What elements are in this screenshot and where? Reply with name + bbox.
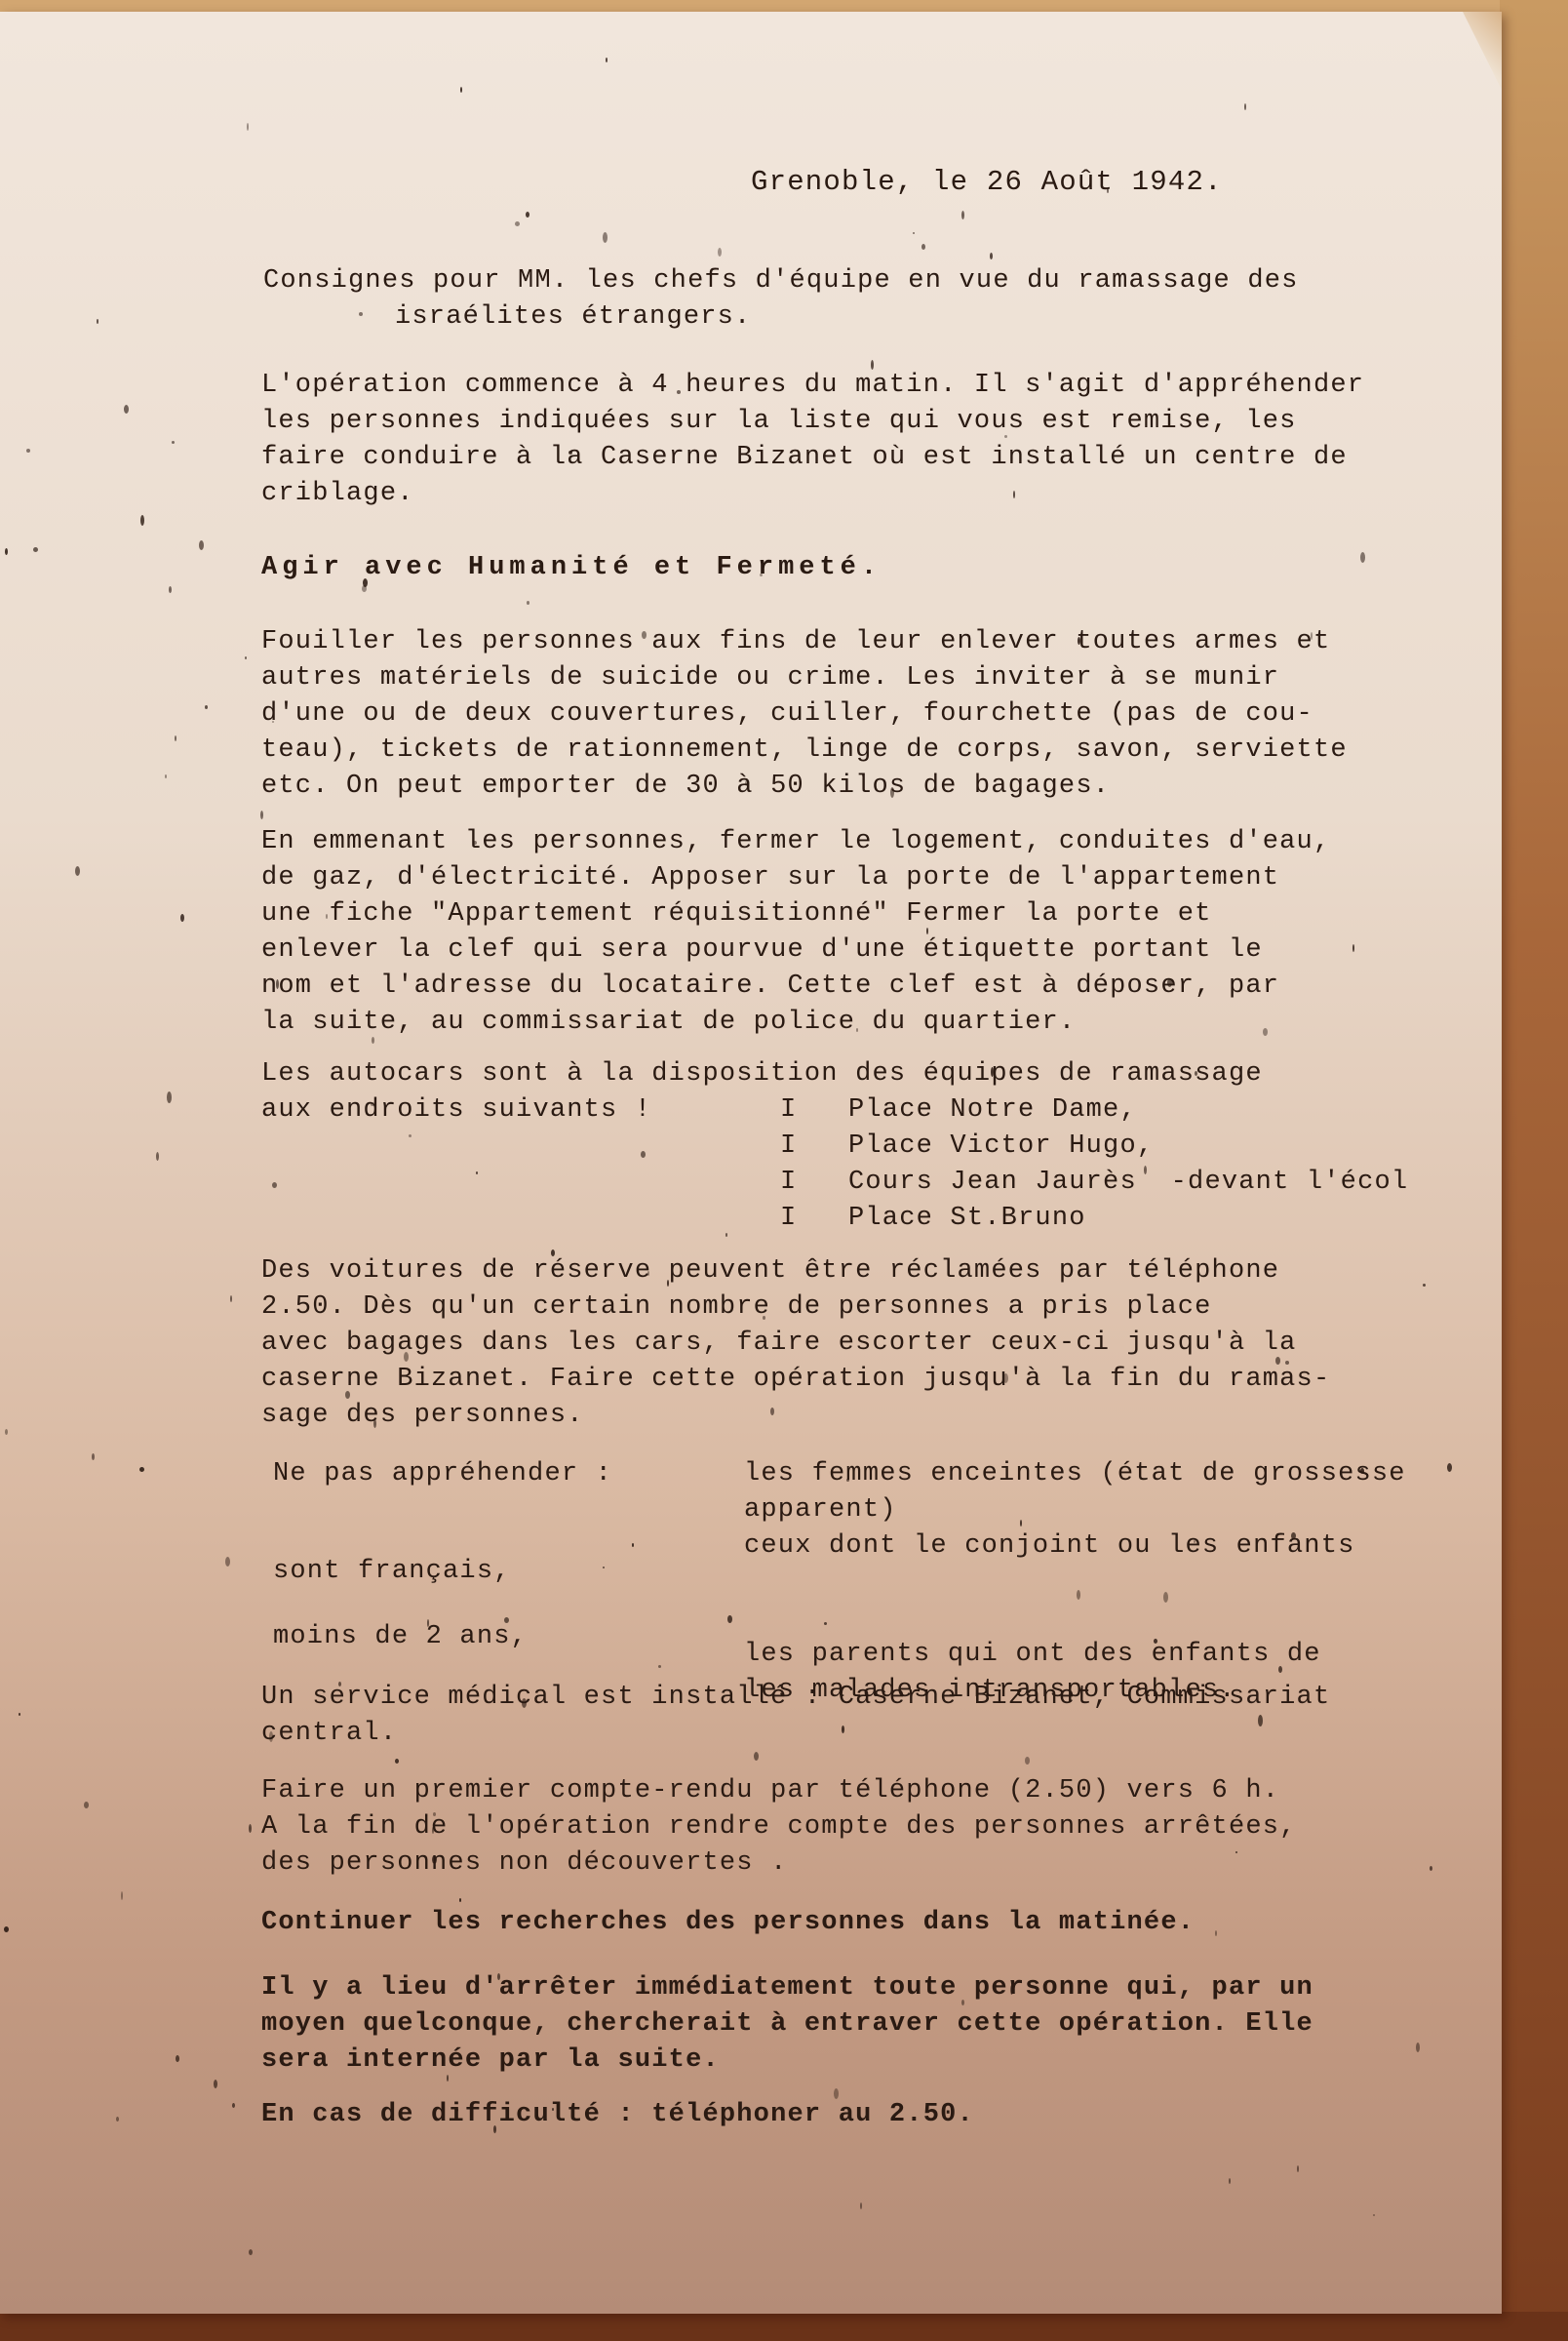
bus-location: Cours Jean Jaurès -devant l'écol <box>848 1168 1408 1197</box>
ink-speck <box>432 1855 437 1864</box>
ink-speck <box>459 1898 461 1902</box>
paragraph-continue: Continuer les recherches des personnes d… <box>261 1905 1519 1941</box>
ink-speck <box>1215 1930 1217 1936</box>
ink-speck <box>1078 637 1080 645</box>
ink-speck <box>846 1479 849 1482</box>
ink-speck <box>1311 632 1313 640</box>
desk-background-bottom <box>0 2312 1568 2341</box>
ink-speck <box>460 87 462 93</box>
ink-speck <box>568 451 572 455</box>
ink-speck <box>165 774 167 778</box>
ink-speck <box>1194 1540 1196 1543</box>
ink-speck <box>116 2117 119 2122</box>
ink-speck <box>97 319 98 324</box>
ink-speck <box>230 1295 232 1302</box>
ink-speck <box>1278 1666 1282 1673</box>
ink-speck <box>473 841 477 845</box>
ink-speck <box>718 248 722 257</box>
ink-speck <box>1360 1468 1364 1474</box>
ink-speck <box>770 1408 774 1415</box>
ink-speck <box>961 2000 964 2005</box>
ink-speck <box>1107 188 1109 193</box>
typewritten-document: Grenoble, le 26 Août 1942. Consignes pou… <box>0 0 1502 2302</box>
ink-speck <box>1423 1284 1426 1287</box>
ink-speck <box>493 2125 496 2133</box>
ink-speck <box>139 1467 144 1472</box>
ink-speck <box>172 441 175 444</box>
ink-speck <box>247 123 249 131</box>
paragraph-report: Faire un premier compte-rendu par téléph… <box>261 1773 1519 1882</box>
ink-speck <box>856 1028 858 1032</box>
ink-speck <box>727 1615 732 1623</box>
ink-speck <box>167 1091 172 1103</box>
ink-speck <box>427 1619 429 1627</box>
ink-speck <box>371 1102 374 1106</box>
ink-speck <box>921 244 925 250</box>
document-title: Consignes pour MM. les chefs d'équipe en… <box>263 263 1299 299</box>
ink-speck <box>225 1557 230 1567</box>
ink-speck <box>754 1752 759 1761</box>
ink-speck <box>33 547 38 552</box>
ink-speck <box>1285 1361 1289 1365</box>
ink-speck <box>763 1316 765 1320</box>
ink-speck <box>552 2108 554 2111</box>
ink-speck <box>140 515 144 526</box>
ink-speck <box>1373 2214 1375 2216</box>
ink-speck <box>658 1665 661 1668</box>
ink-speck <box>1244 103 1246 110</box>
ink-speck <box>1154 1639 1157 1644</box>
ink-speck <box>409 1134 412 1137</box>
ink-speck <box>1003 1373 1008 1383</box>
exemptions-continuation-1: sont français, <box>273 1554 511 1590</box>
ink-speck <box>1195 1071 1197 1076</box>
ink-speck <box>19 1713 20 1716</box>
ink-speck <box>359 312 363 316</box>
ink-speck <box>373 1419 376 1428</box>
ink-speck <box>1258 1715 1263 1726</box>
paragraph-motto: Agir avec Humanité et Fermeté. <box>261 550 1519 586</box>
ink-speck <box>527 601 529 605</box>
ink-speck <box>522 1698 527 1708</box>
ink-speck <box>205 705 208 709</box>
ink-speck <box>249 1824 252 1833</box>
ink-speck <box>860 2202 862 2209</box>
ink-speck <box>404 1352 409 1362</box>
ink-speck <box>483 383 485 389</box>
ink-speck <box>745 780 748 786</box>
ink-speck <box>926 928 928 934</box>
ink-speck <box>5 548 8 555</box>
ink-speck <box>199 540 204 550</box>
ink-speck <box>1077 1590 1080 1600</box>
ink-speck <box>433 1812 436 1816</box>
paragraph-arrest: Il y a lieu d'arrêter immédiatement tout… <box>261 1970 1519 2079</box>
ink-speck <box>214 2080 217 2088</box>
ink-speck <box>862 774 864 776</box>
ink-speck <box>551 1250 555 1256</box>
bus-location: Place Victor Hugo, <box>848 1131 1154 1161</box>
ink-speck <box>1291 1532 1296 1539</box>
list-item: ICours Jean Jaurès -devant l'écol <box>780 1165 1408 1201</box>
paragraph-search: Fouiller les personnes aux fins de leur … <box>261 624 1519 805</box>
ink-speck <box>991 1067 994 1077</box>
ink-speck <box>1163 1592 1168 1603</box>
paragraph-housing: En emmenant les personnes, fermer le log… <box>261 824 1519 1041</box>
paragraph-difficulty: En cas de difficulté : téléphoner au 2.5… <box>261 2097 1519 2133</box>
ink-speck <box>1447 1463 1452 1472</box>
ink-speck <box>447 2075 449 2082</box>
ink-speck <box>4 1926 9 1932</box>
ink-speck <box>5 1429 8 1435</box>
ink-speck <box>245 656 247 659</box>
list-item: IPlace Victor Hugo, <box>780 1129 1408 1165</box>
ink-speck <box>606 58 608 62</box>
ink-speck <box>642 631 647 639</box>
paragraph-reserve-vehicles: Des voitures de réserve peuvent être réc… <box>261 1253 1519 1434</box>
bullet-marker: I <box>780 1129 848 1165</box>
ink-speck <box>1360 552 1365 563</box>
bullet-marker: I <box>780 1165 848 1201</box>
ink-speck <box>156 1152 159 1161</box>
ink-speck <box>326 914 328 919</box>
ink-speck <box>1025 1757 1030 1765</box>
paragraph-medical: Un service médical est installé : Casern… <box>261 1680 1519 1752</box>
list-item: IPlace St.Bruno <box>780 1201 1408 1237</box>
ink-speck <box>176 2055 179 2062</box>
ink-speck <box>276 979 279 989</box>
ink-speck <box>338 1682 341 1686</box>
ink-speck <box>515 221 520 226</box>
ink-speck <box>1352 944 1354 952</box>
ink-speck <box>180 914 184 922</box>
ink-speck <box>1167 978 1172 987</box>
ink-speck <box>760 574 763 576</box>
ink-speck <box>75 866 80 876</box>
ink-speck <box>641 1151 646 1158</box>
ink-speck <box>372 1037 374 1044</box>
ink-speck <box>1297 2165 1299 2172</box>
ink-speck <box>169 586 172 593</box>
ink-speck <box>26 449 30 453</box>
ink-speck <box>395 1759 399 1764</box>
ink-speck <box>272 721 274 723</box>
ink-speck <box>345 1391 350 1399</box>
ink-speck <box>667 1280 669 1287</box>
ink-speck <box>603 232 608 243</box>
bus-locations-list: IPlace Notre Dame, IPlace Victor Hugo, I… <box>780 1092 1408 1237</box>
ink-speck <box>363 578 368 587</box>
ink-speck <box>249 2249 253 2255</box>
ink-speck <box>269 1731 273 1742</box>
exemptions-label: Ne pas appréhender : <box>273 1456 612 1492</box>
ink-speck <box>632 1543 634 1547</box>
bullet-marker: I <box>780 1201 848 1237</box>
ink-speck <box>232 2103 235 2108</box>
ink-speck <box>1430 1866 1432 1871</box>
ink-speck <box>504 1617 509 1623</box>
ink-speck <box>834 2088 839 2099</box>
exemptions-list: les femmes enceintes (état de grossesse … <box>744 1456 1524 1709</box>
exemptions-continuation-2: moins de 2 ans, <box>273 1619 528 1655</box>
ink-speck <box>455 2108 458 2112</box>
ink-speck <box>1013 491 1015 498</box>
document-title-continued: israélites étrangers. <box>395 299 751 336</box>
ink-speck <box>647 1271 649 1276</box>
ink-speck <box>725 1233 727 1237</box>
list-item: IPlace Notre Dame, <box>780 1092 1408 1129</box>
ink-speck <box>603 1567 605 1568</box>
ink-speck <box>842 1726 844 1733</box>
ink-speck <box>824 1622 827 1625</box>
ink-speck <box>272 1182 277 1188</box>
ink-speck <box>526 212 529 218</box>
date-line: Grenoble, le 26 Août 1942. <box>751 164 1223 200</box>
ink-speck <box>1235 1851 1237 1853</box>
ink-speck <box>432 1827 434 1834</box>
ink-speck <box>1020 1520 1022 1527</box>
ink-speck <box>175 735 176 741</box>
ink-speck <box>1275 1357 1280 1365</box>
ink-speck <box>1144 1166 1147 1174</box>
ink-speck <box>260 811 263 819</box>
ink-speck <box>1010 1985 1013 1995</box>
bullet-marker: I <box>780 1092 848 1129</box>
ink-speck <box>1229 2178 1231 2184</box>
ink-speck <box>476 1171 478 1174</box>
paragraph-operation: L'opération commence à 4 heures du matin… <box>261 368 1519 512</box>
ink-speck <box>961 211 964 219</box>
ink-speck <box>84 1802 89 1808</box>
ink-speck <box>1263 1028 1268 1036</box>
ink-speck <box>1416 2043 1420 2052</box>
bus-location: Place St.Bruno <box>848 1204 1086 1233</box>
ink-speck <box>1004 435 1007 438</box>
ink-speck <box>124 405 129 414</box>
ink-speck <box>871 360 874 370</box>
ink-speck <box>677 390 681 394</box>
ink-speck <box>121 1891 123 1900</box>
ink-speck <box>890 787 894 798</box>
bus-location: Place Notre Dame, <box>848 1095 1137 1125</box>
ink-speck <box>990 253 993 259</box>
ink-speck <box>913 232 915 234</box>
ink-speck <box>497 1973 500 1980</box>
ink-speck <box>92 1453 95 1460</box>
